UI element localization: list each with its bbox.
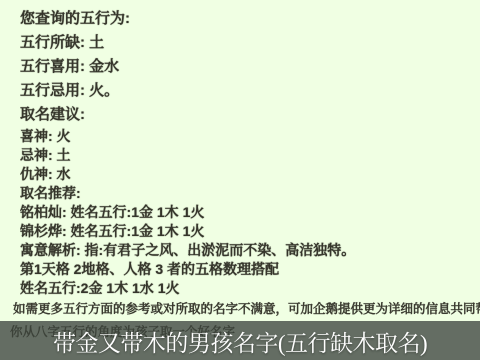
- text-line-xi-shen: 喜神: 火: [20, 127, 478, 146]
- text-line-query-header: 您查询的五行为:: [20, 7, 478, 31]
- text-line-avoided-element: 五行忌用: 火。: [20, 79, 478, 103]
- text-line-elements-summary: 姓名五行:2金 1木 1水 1火: [20, 279, 478, 298]
- text-line-recommend-header: 取名推荐:: [20, 184, 478, 203]
- caption-band: 你从八字五行的角度为孩子取一个好名字 带金又带木的男孩名字(五行缺木取名): [0, 321, 480, 360]
- text-line-name-1: 铭柏灿: 姓名五行:1金 1木 1火: [20, 203, 478, 222]
- text-line-ji-shen: 忌神: 土: [20, 146, 478, 165]
- fortune-analysis-text: 您查询的五行为: 五行所缺: 土 五行喜用: 金水 五行忌用: 火。 取名建议:…: [20, 7, 478, 298]
- footer-note: 如需更多五行方面的参考或对所取的名字不满意，可加企鹅提供更为详细的信息共同帮: [13, 301, 480, 318]
- text-line-grids: 第1天格 2地格、人格 3 者的五格数理搭配: [20, 260, 478, 279]
- text-line-meaning: 寓意解析: 指:有君子之风、出淤泥而不染、高洁独特。: [20, 241, 478, 260]
- text-line-chou-shen: 仇神: 水: [20, 165, 478, 184]
- text-line-name-2: 锦杉烨: 姓名五行:1金 1木 1火: [20, 222, 478, 241]
- text-line-lacking-element: 五行所缺: 土: [20, 31, 478, 55]
- article-image: 您查询的五行为: 五行所缺: 土 五行喜用: 金水 五行忌用: 火。 取名建议:…: [0, 0, 480, 360]
- text-line-favorable-elements: 五行喜用: 金水: [20, 55, 478, 79]
- caption-title: 带金又带木的男孩名字(五行缺木取名): [0, 325, 480, 358]
- text-line-advice-header: 取名建议:: [20, 103, 478, 127]
